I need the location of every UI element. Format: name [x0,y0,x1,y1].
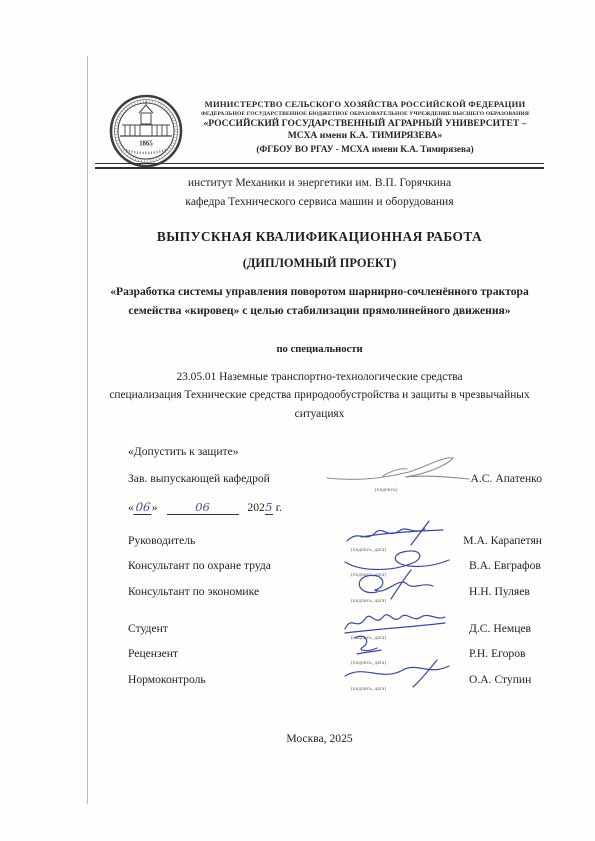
signer-row-economics-consultant: Консультант по экономике (подпись, дата)… [128,575,542,601]
document-header: 1865 МИНИСТЕРСТВО СЕЛЬСКОГО ХОЗЯЙСТВА РО… [108,92,544,170]
economics-consultant-signature-ink [341,568,453,600]
date-quote-close: » [152,501,158,514]
thesis-title: «Разработка системы управления поворотом… [98,283,541,320]
norm-control-signature-ink [341,656,453,688]
head-name: А.С. Апатенко [471,472,542,488]
approval-block: «Допустить к защите» Зав. выпускающей ка… [128,445,542,515]
signer-name: Р.Н. Егоров [469,647,525,663]
head-of-department-label: Зав. выпускающей кафедрой [128,472,323,488]
department-line: кафедра Технического сервиса машин и обо… [95,193,544,212]
signature-area: (подпись, дата) [341,663,459,689]
thesis-title-page: 1865 МИНИСТЕРСТВО СЕЛЬСКОГО ХОЗЯЙСТВА РО… [0,0,595,841]
header-divider [95,163,544,169]
date-year-unit: г. [276,501,282,514]
scan-edge-line [87,56,88,804]
signer-name: В.А. Евграфов [469,559,541,575]
university-abbr-line: (ФГБОУ ВО РГАУ - МСХА имени К.А. Тимиряз… [186,144,544,154]
role-label: Консультант по экономике [128,585,341,601]
date-year-printed: 202 [247,501,264,514]
university-name-line1: «РОССИЙСКИЙ ГОСУДАРСТВЕННЫЙ АГРАРНЫЙ УНИ… [186,118,544,130]
signer-row-supervisor: Руководитель (подпись, дата) М.А. Карапе… [128,524,542,550]
signature-caption: (подпись, дата) [351,687,386,692]
signature-caption: (подпись, дата) [351,599,386,604]
specialty-code: 23.05.01 Наземные транспортно-технологич… [95,368,544,386]
fgbou-line: ФЕДЕРАЛЬНОЕ ГОСУДАРСТВЕННОЕ БЮДЖЕТНОЕ ОБ… [186,111,544,117]
head-signature-ink [323,452,473,486]
work-type-title: ВЫПУСКНАЯ КВАЛИФИКАЦИОННАЯ РАБОТА [95,229,544,245]
university-name-line2: МСХА имени К.А. ТИМИРЯЗЕВА» [186,130,544,142]
institute-line: институт Механики и энергетики им. В.П. … [95,174,544,193]
ministry-block: МИНИСТЕРСТВО СЕЛЬСКОГО ХОЗЯЙСТВА РОССИЙС… [184,92,544,170]
date-month-handwritten: 06 [167,500,239,515]
role-label: Консультант по охране труда [128,559,341,575]
advisers-signature-group: Руководитель (подпись, дата) М.А. Карапе… [128,524,542,601]
date-year-handwritten: 5 [265,500,273,515]
signature-area: (подпись, дата) [341,575,459,601]
student-signature-group: Студент (подпись, дата) Д.С. Немцев Реце… [128,612,542,689]
head-signature-area: (подпись) [323,464,449,488]
specialization-line: специализация Технические средства приро… [95,386,544,423]
seal-year: 1865 [139,141,153,148]
institute-block: институт Механики и энергетики им. В.П. … [95,174,544,211]
role-label: Руководитель [128,534,341,550]
specialty-label: по специальности [95,344,544,355]
city-year-footer: Москва, 2025 [95,732,544,745]
signer-name: Н.Н. Пуляев [469,585,530,601]
signature-caption: (подпись) [375,488,398,493]
signer-name: М.А. Карапетян [463,534,542,550]
signer-row-safety-consultant: Консультант по охране труда (подпись, да… [128,550,542,576]
date-day-handwritten: 06 [133,500,153,515]
signer-name: Д.С. Немцев [469,622,531,638]
specialty-block: 23.05.01 Наземные транспортно-технологич… [95,368,544,423]
signer-name: О.А. Ступин [469,673,531,689]
university-seal-logo: 1865 [108,92,184,170]
signer-row-norm-control: Нормоконтроль (подпись, дата) О.А. Ступи… [128,663,542,689]
approval-date-line: «06» 06 2025 г. [128,500,542,515]
work-subtype-title: (ДИПЛОМНЫЙ ПРОЕКТ) [95,256,544,271]
ministry-line: МИНИСТЕРСТВО СЕЛЬСКОГО ХОЗЯЙСТВА РОССИЙС… [186,99,544,109]
